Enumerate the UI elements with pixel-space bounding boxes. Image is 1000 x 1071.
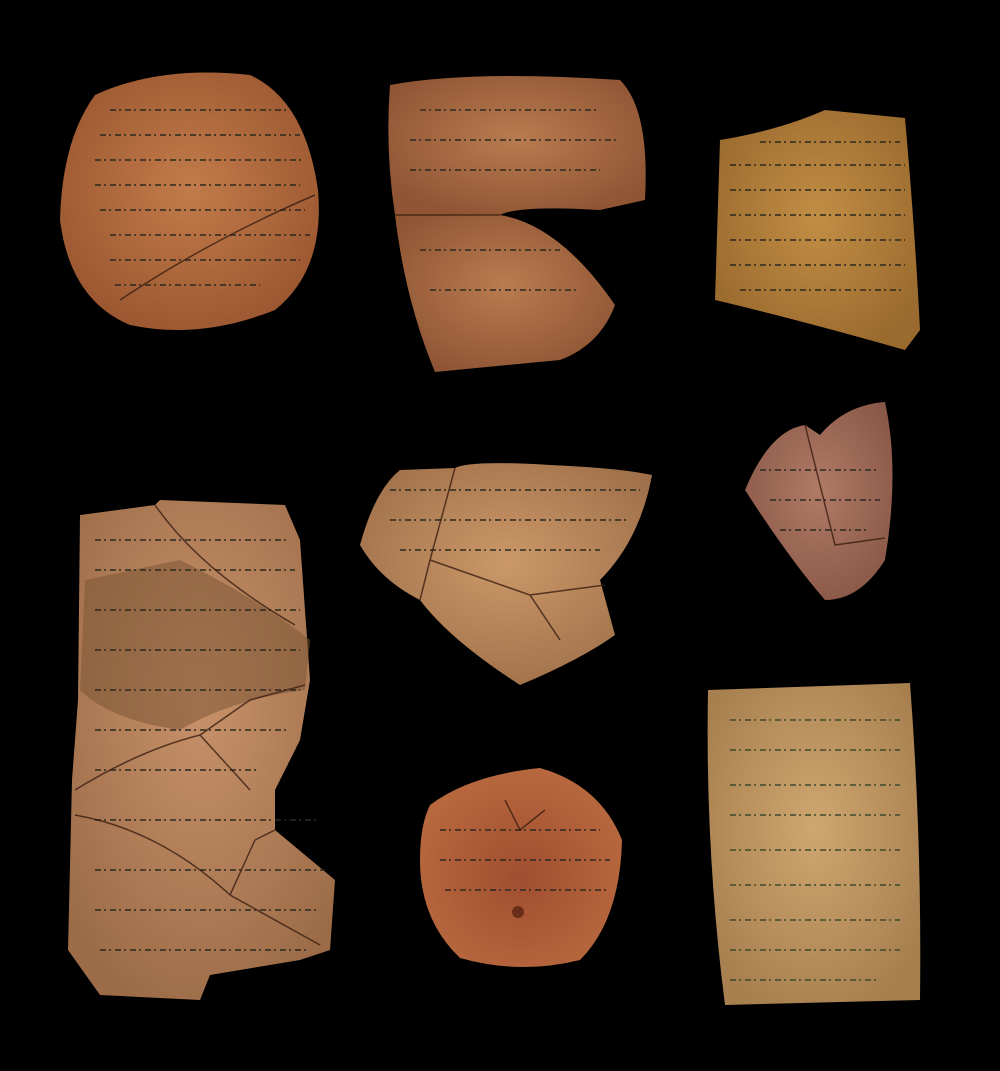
sherd-top-left bbox=[60, 73, 319, 331]
sherd-top-right bbox=[715, 110, 920, 350]
sherd-bottom-left bbox=[68, 500, 335, 1000]
sherd-bottom-center bbox=[420, 768, 622, 967]
sherd-illustration bbox=[0, 0, 1000, 1071]
ostraca-photo bbox=[0, 0, 1000, 1071]
sherd-top-center bbox=[388, 76, 645, 372]
sherd-mid-right bbox=[745, 402, 893, 600]
sherd-bottom-right bbox=[708, 683, 921, 1005]
sherd-mid-center bbox=[360, 463, 652, 685]
